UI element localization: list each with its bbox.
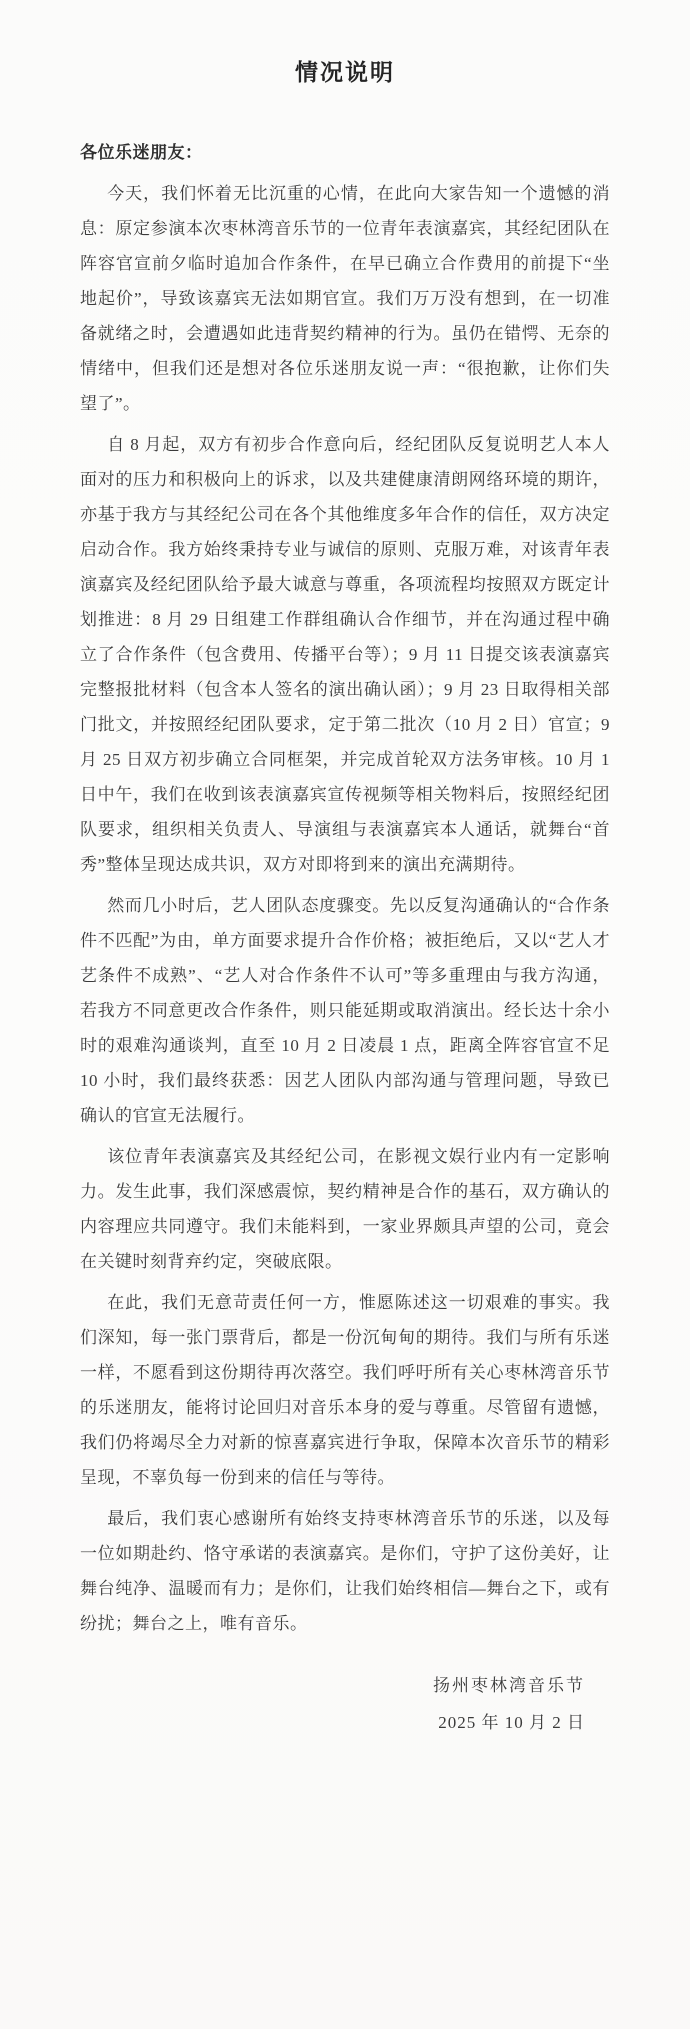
document-title: 情况说明 <box>80 60 610 85</box>
paragraph: 自 8 月起，双方有初步合作意向后，经纪团队反复说明艺人本人面对的压力和积极向上… <box>80 427 610 882</box>
paragraph: 然而几小时后，艺人团队态度骤变。先以反复沟通确认的“合作条件不匹配”为由，单方面… <box>80 888 610 1133</box>
signature-block: 扬州枣林湾音乐节 2025 年 10 月 2 日 <box>80 1667 610 1741</box>
paragraph: 今天，我们怀着无比沉重的心情，在此向大家告知一个遗憾的消息：原定参演本次枣林湾音… <box>80 176 610 421</box>
signature-date: 2025 年 10 月 2 日 <box>80 1704 585 1741</box>
document-body: 今天，我们怀着无比沉重的心情，在此向大家告知一个遗憾的消息：原定参演本次枣林湾音… <box>80 176 610 1641</box>
statement-page: 情况说明 各位乐迷朋友： 今天，我们怀着无比沉重的心情，在此向大家告知一个遗憾的… <box>0 0 690 2029</box>
salutation: 各位乐迷朋友： <box>80 135 610 170</box>
paragraph: 最后，我们衷心感谢所有始终支持枣林湾音乐节的乐迷，以及每一位如期赴约、恪守承诺的… <box>80 1501 610 1641</box>
paragraph: 该位青年表演嘉宾及其经纪公司，在影视文娱行业内有一定影响力。发生此事，我们深感震… <box>80 1139 610 1279</box>
signature-organization: 扬州枣林湾音乐节 <box>80 1667 585 1704</box>
paragraph: 在此，我们无意苛责任何一方，惟愿陈述这一切艰难的事实。我们深知，每一张门票背后，… <box>80 1285 610 1495</box>
